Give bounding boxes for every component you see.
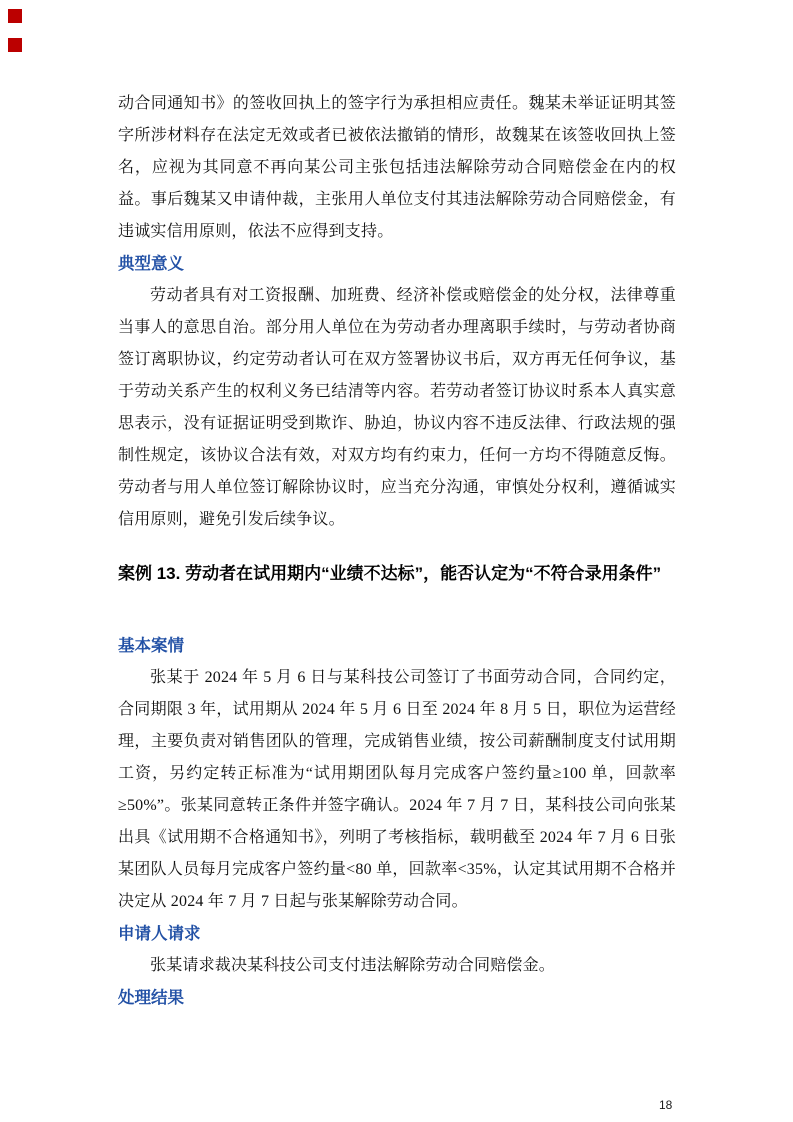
basic-facts-paragraph: 张某于 2024 年 5 月 6 日与某科技公司签订了书面劳动合同，合同约定，合… (118, 662, 676, 918)
section-heading-result: 处理结果 (118, 982, 676, 1014)
claim-paragraph: 张某请求裁决某科技公司支付违法解除劳动合同赔偿金。 (118, 950, 676, 982)
continuation-paragraph: 动合同通知书》的签收回执上的签字行为承担相应责任。魏某未举证证明其签字所涉材料存… (118, 88, 676, 248)
section-heading-basic-facts: 基本案情 (118, 630, 676, 662)
case-13-title: 案例 13. 劳动者在试用期内“业绩不达标”，能否认定为“不符合录用条件” (118, 558, 676, 590)
document-page: 动合同通知书》的签收回执上的签字行为承担相应责任。魏某未举证证明其签字所涉材料存… (0, 0, 793, 1122)
red-square-marker-2 (8, 38, 22, 52)
page-number: 18 (659, 1098, 672, 1112)
red-square-marker-1 (8, 9, 22, 23)
typical-significance-paragraph: 劳动者具有对工资报酬、加班费、经济补偿或赔偿金的处分权，法律尊重当事人的意思自治… (118, 280, 676, 536)
page-content: 动合同通知书》的签收回执上的签字行为承担相应责任。魏某未举证证明其签字所涉材料存… (118, 88, 676, 1014)
section-heading-typical-significance: 典型意义 (118, 248, 676, 280)
section-heading-claim: 申请人请求 (118, 918, 676, 950)
